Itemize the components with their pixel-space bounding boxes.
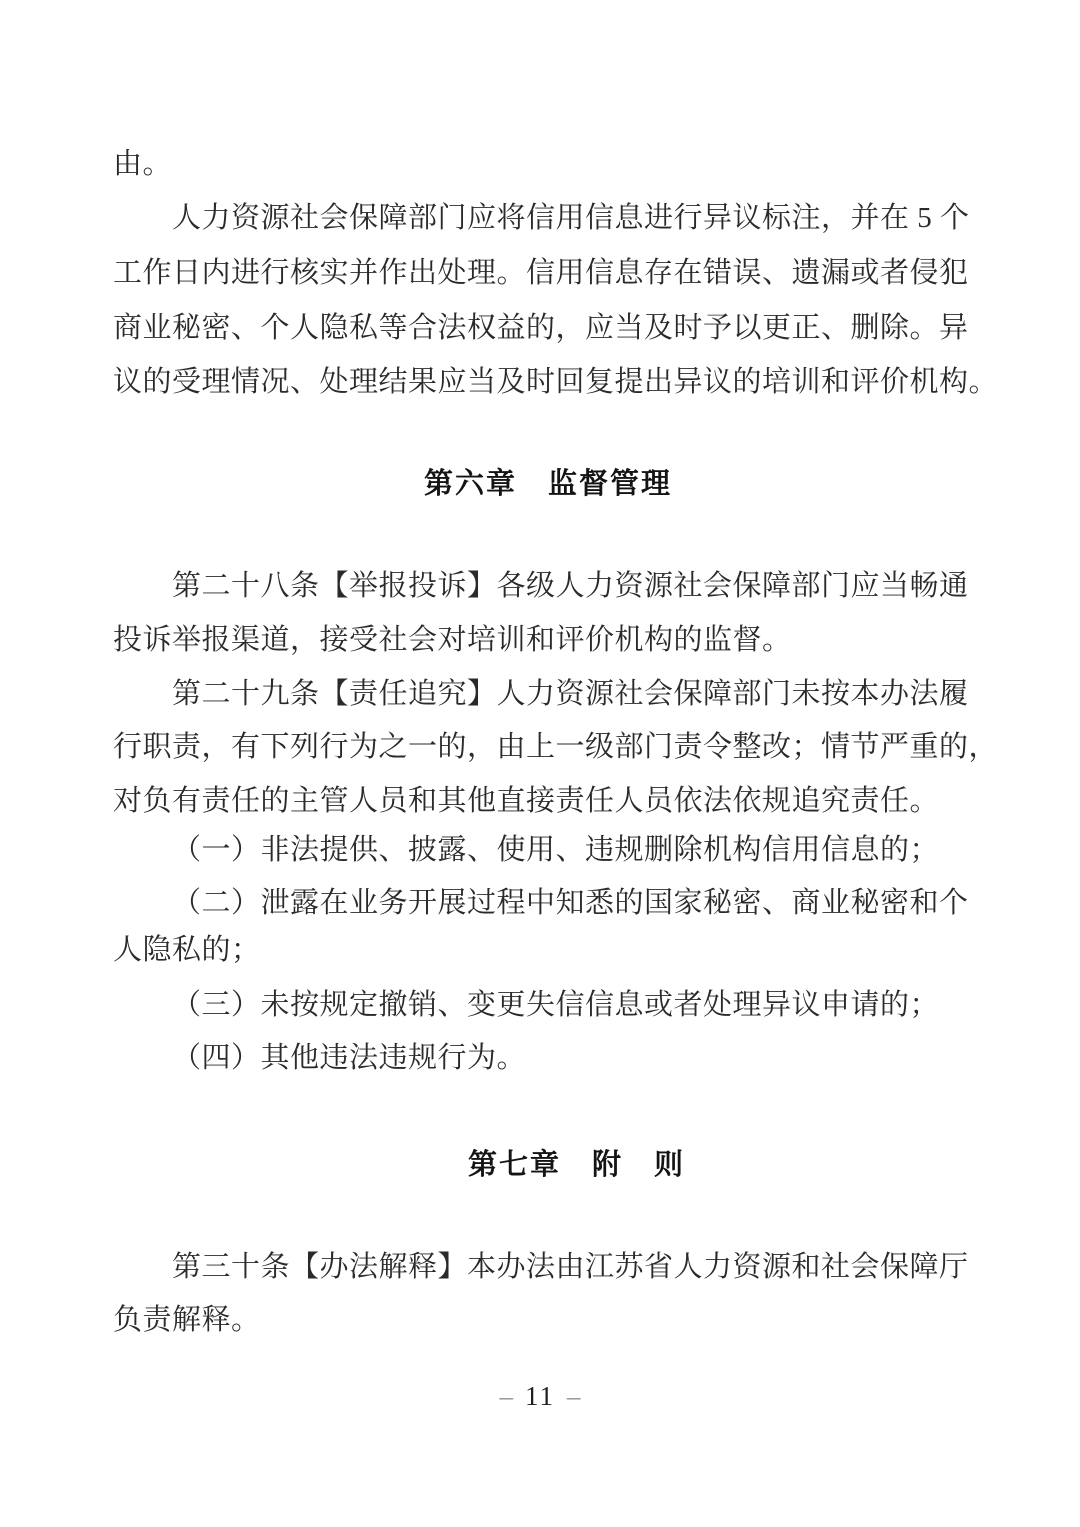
continuation-line: 由。 bbox=[113, 148, 172, 181]
page-number-dash-left: – bbox=[488, 1381, 526, 1411]
chapter-seven-heading: 第七章 附 则 bbox=[468, 1142, 685, 1183]
chapter-six-heading: 第六章 监督管理 bbox=[424, 461, 672, 502]
credit-dispute-line-1: 人力资源社会保障部门应将信用信息进行异议标注，并在 5 个 bbox=[172, 202, 970, 235]
article-28-line-2: 投诉举报渠道，接受社会对培训和评价机构的监督。 bbox=[113, 624, 792, 657]
document-page: 由。 人力资源社会保障部门应将信用信息进行异议标注，并在 5 个 工作日内进行核… bbox=[0, 0, 1080, 1527]
credit-dispute-line-2: 工作日内进行核实并作出处理。信用信息存在错误、遗漏或者侵犯 bbox=[113, 257, 969, 290]
article-30-line-2: 负责解释。 bbox=[113, 1304, 261, 1337]
article-29-line-3: 对负有责任的主管人员和其他直接责任人员依法依规追究责任。 bbox=[113, 785, 939, 818]
item-2-line-1: （二）泄露在业务开展过程中知悉的国家秘密、商业秘密和个 bbox=[172, 887, 969, 920]
credit-dispute-line-4: 议的受理情况、处理结果应当及时回复提出异议的培训和评价机构。 bbox=[113, 366, 998, 399]
item-2-line-2: 人隐私的； bbox=[113, 934, 261, 967]
article-30-line-1: 第三十条【办法解释】本办法由江苏省人力资源和社会保障厅 bbox=[172, 1251, 969, 1284]
item-3-line-1: （三）未按规定撤销、变更失信信息或者处理异议申请的； bbox=[172, 989, 939, 1022]
page-number-footer: –11– bbox=[0, 1381, 1080, 1412]
credit-dispute-line-3: 商业秘密、个人隐私等合法权益的，应当及时予以更正、删除。异 bbox=[113, 312, 969, 345]
page-number: 11 bbox=[525, 1381, 555, 1411]
item-4-line-1: （四）其他违法违规行为。 bbox=[172, 1042, 526, 1075]
article-29-line-2: 行职责，有下列行为之一的，由上一级部门责令整改；情节严重的， bbox=[113, 731, 998, 764]
item-1-line-1: （一）非法提供、披露、使用、违规删除机构信用信息的； bbox=[172, 834, 939, 867]
article-28-line-1: 第二十八条【举报投诉】各级人力资源社会保障部门应当畅通 bbox=[172, 570, 969, 603]
article-29-line-1: 第二十九条【责任追究】人力资源社会保障部门未按本办法履 bbox=[172, 678, 969, 711]
page-number-dash-right: – bbox=[555, 1381, 593, 1411]
